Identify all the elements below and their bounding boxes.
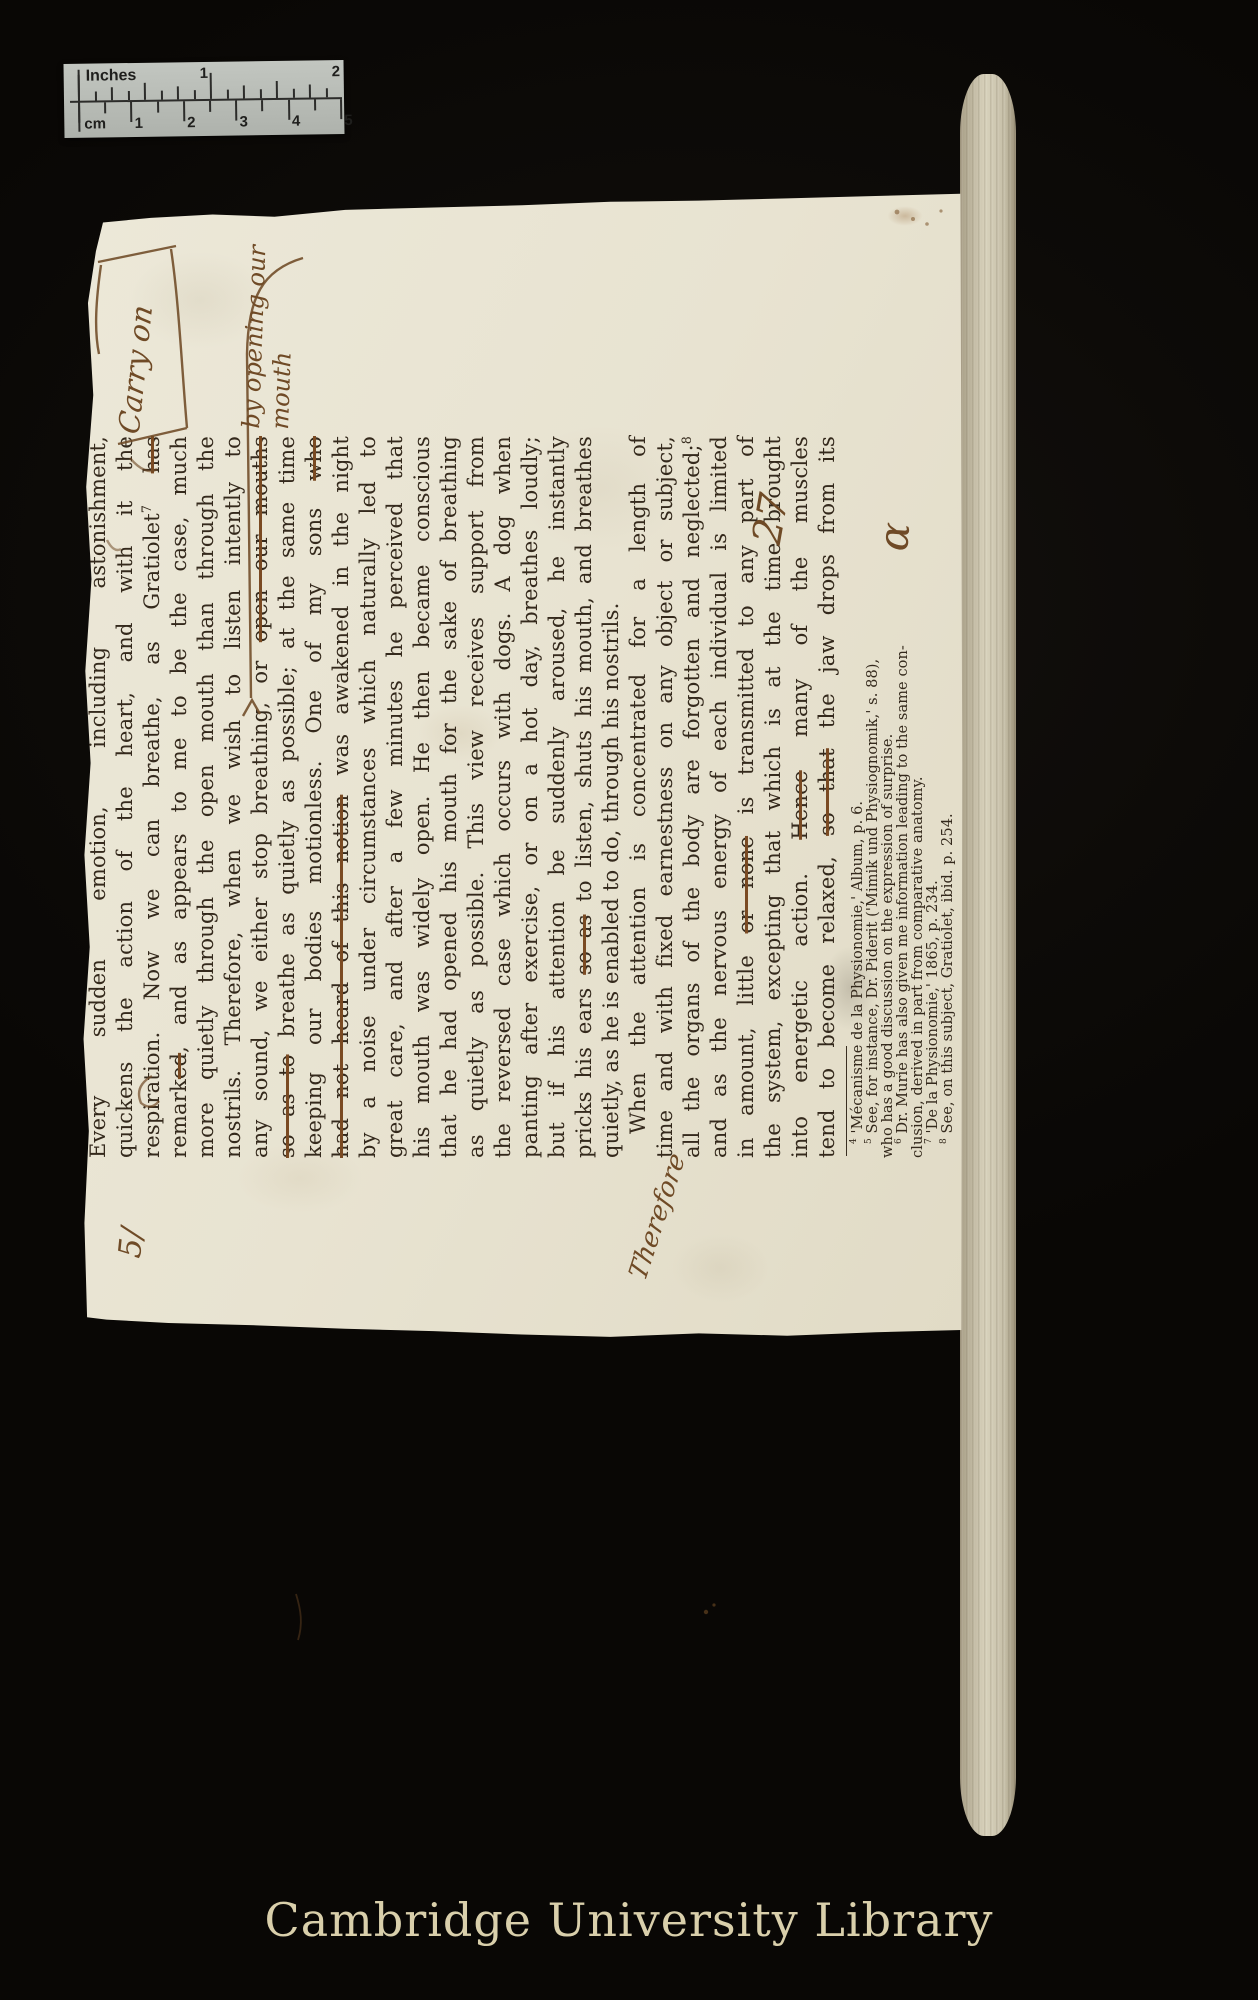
inch-tick [160,91,162,100]
cm-tick [340,99,342,119]
inch-number: 1 [200,65,209,82]
cm-tick [78,103,80,123]
inch-tick [292,89,294,98]
text-line: all the organs of the body are forgotten… [679,436,706,1158]
cm-tick [183,101,185,121]
text-line: the reversed case which occurs with dogs… [490,436,517,1158]
inch-tick [210,73,212,99]
cm-number: 4 [292,113,301,130]
inch-tick [193,90,195,99]
inch-tick [177,86,179,99]
text-line: in amount, little or none is transmitted… [733,436,760,1158]
inch-tick [309,85,311,98]
handwritten-note-mouth-line2: mouth [266,351,297,430]
footnote-line: 6 Dr. Murie has also given me informatio… [896,580,911,1158]
text-line: remarked, and as appears to me to be the… [166,436,193,1158]
inch-tick [144,83,146,100]
text-line: any sound, we either stop breathing, or … [247,436,274,1158]
ruler-inches-label: Inches [86,67,137,86]
text-line: had not heard of this notion was awakene… [328,436,355,1158]
text-line: into energetic action. Hence many of the… [787,436,814,1158]
cm-number: 1 [135,115,144,132]
ruler-inch-ticks: 12 [63,60,343,64]
cm-number: 2 [187,114,196,131]
cm-tick [235,101,237,121]
text-line: tend to become relaxed, so that the jaw … [814,436,841,1158]
faint-bottom-stroke [296,1594,301,1640]
photograph-stage: Inches cm 12 12345 Every sudden emotion,… [0,0,1258,2000]
text-line: time and with fixed earnestness on any o… [652,436,679,1158]
inch-tick [94,92,96,101]
inch-tick [111,87,113,100]
inch-tick [259,89,261,98]
footnote-line: clusion, derived in part from comparativ… [911,580,926,1158]
library-watermark: Cambridge University Library [0,1893,1258,1947]
footnote-separator [846,1046,847,1156]
text-line: great care, and after a few minutes he p… [382,436,409,1158]
measurement-ruler: Inches cm 12 12345 [63,60,344,138]
main-text: Every sudden emotion, including astonish… [85,436,841,1158]
printed-text-block: Every sudden emotion, including astonish… [85,436,956,1158]
cm-tick [157,102,159,113]
text-line: Every sudden emotion, including astonish… [85,436,112,1158]
text-line: quietly, as he is enabled to do, through… [598,436,625,1158]
inch-tick [276,81,278,98]
text-line: respiration. Now we can breathe, as Grat… [139,436,166,1158]
text-line: his mouth was widely open. He then becam… [409,436,436,1158]
cm-tick [209,101,211,112]
footnote-line: who has a good discussion on the express… [881,580,896,1158]
cm-tick [288,100,290,120]
inch-tick [127,91,129,100]
cm-tick [261,100,263,111]
ruler-cm-ticks: 12345 [63,60,343,64]
handwritten-note-mouth: by opening our mouth [237,233,302,430]
footnote-line: 4 'Mécanisme de la Physionomie,' Album, … [851,580,866,1158]
ruler-cm-label: cm [84,115,106,132]
text-line: as quietly as possible. This view receiv… [463,436,490,1158]
cm-tick [130,102,132,122]
inch-tick [226,90,228,99]
text-line: keeping our bodies motionless. One of my… [301,436,328,1158]
cm-number: 5 [344,112,353,129]
text-line: quickens the action of the heart, and wi… [112,436,139,1158]
inch-tick [78,75,80,101]
page-leaves-texture [960,74,1016,1836]
text-line: pricks his ears so as to listen, shuts h… [571,436,598,1158]
footnote-line: 8 See, on this subject, Gratiolet, ibid.… [941,580,956,1158]
cm-tick [104,102,106,113]
inch-tick [243,85,245,98]
footnote-line: 5 See, for instance, Dr. Piderit ('Mimik… [866,580,881,1158]
cm-number: 3 [239,113,248,130]
text-line: and as the nervous energy of each indivi… [706,436,733,1158]
text-line: but if his attention be suddenly aroused… [544,436,571,1158]
text-line: so as to breathe as quietly as possible;… [274,436,301,1158]
text-line: more quietly through the open mouth than… [193,436,220,1158]
text-line: nostrils. Therefore, when we wish to lis… [220,436,247,1158]
inch-number: 2 [332,63,341,80]
text-line: panting after exercise, or on a hot day,… [517,436,544,1158]
handwritten-mark-5: 5/ [112,1190,155,1259]
book-fore-edge [960,74,1016,1836]
footnote-line: 7 'De la Physionomie,' 1865, p. 234. [926,580,941,1158]
text-line: by a noise under circumstances which nat… [355,436,382,1158]
text-line: When the attention is concentrated for a… [625,436,652,1158]
text-line: that he had opened his mouth for the sak… [436,436,463,1158]
handwritten-mark-alpha: α [868,468,925,553]
cm-tick [314,99,316,110]
inch-tick [325,88,327,97]
